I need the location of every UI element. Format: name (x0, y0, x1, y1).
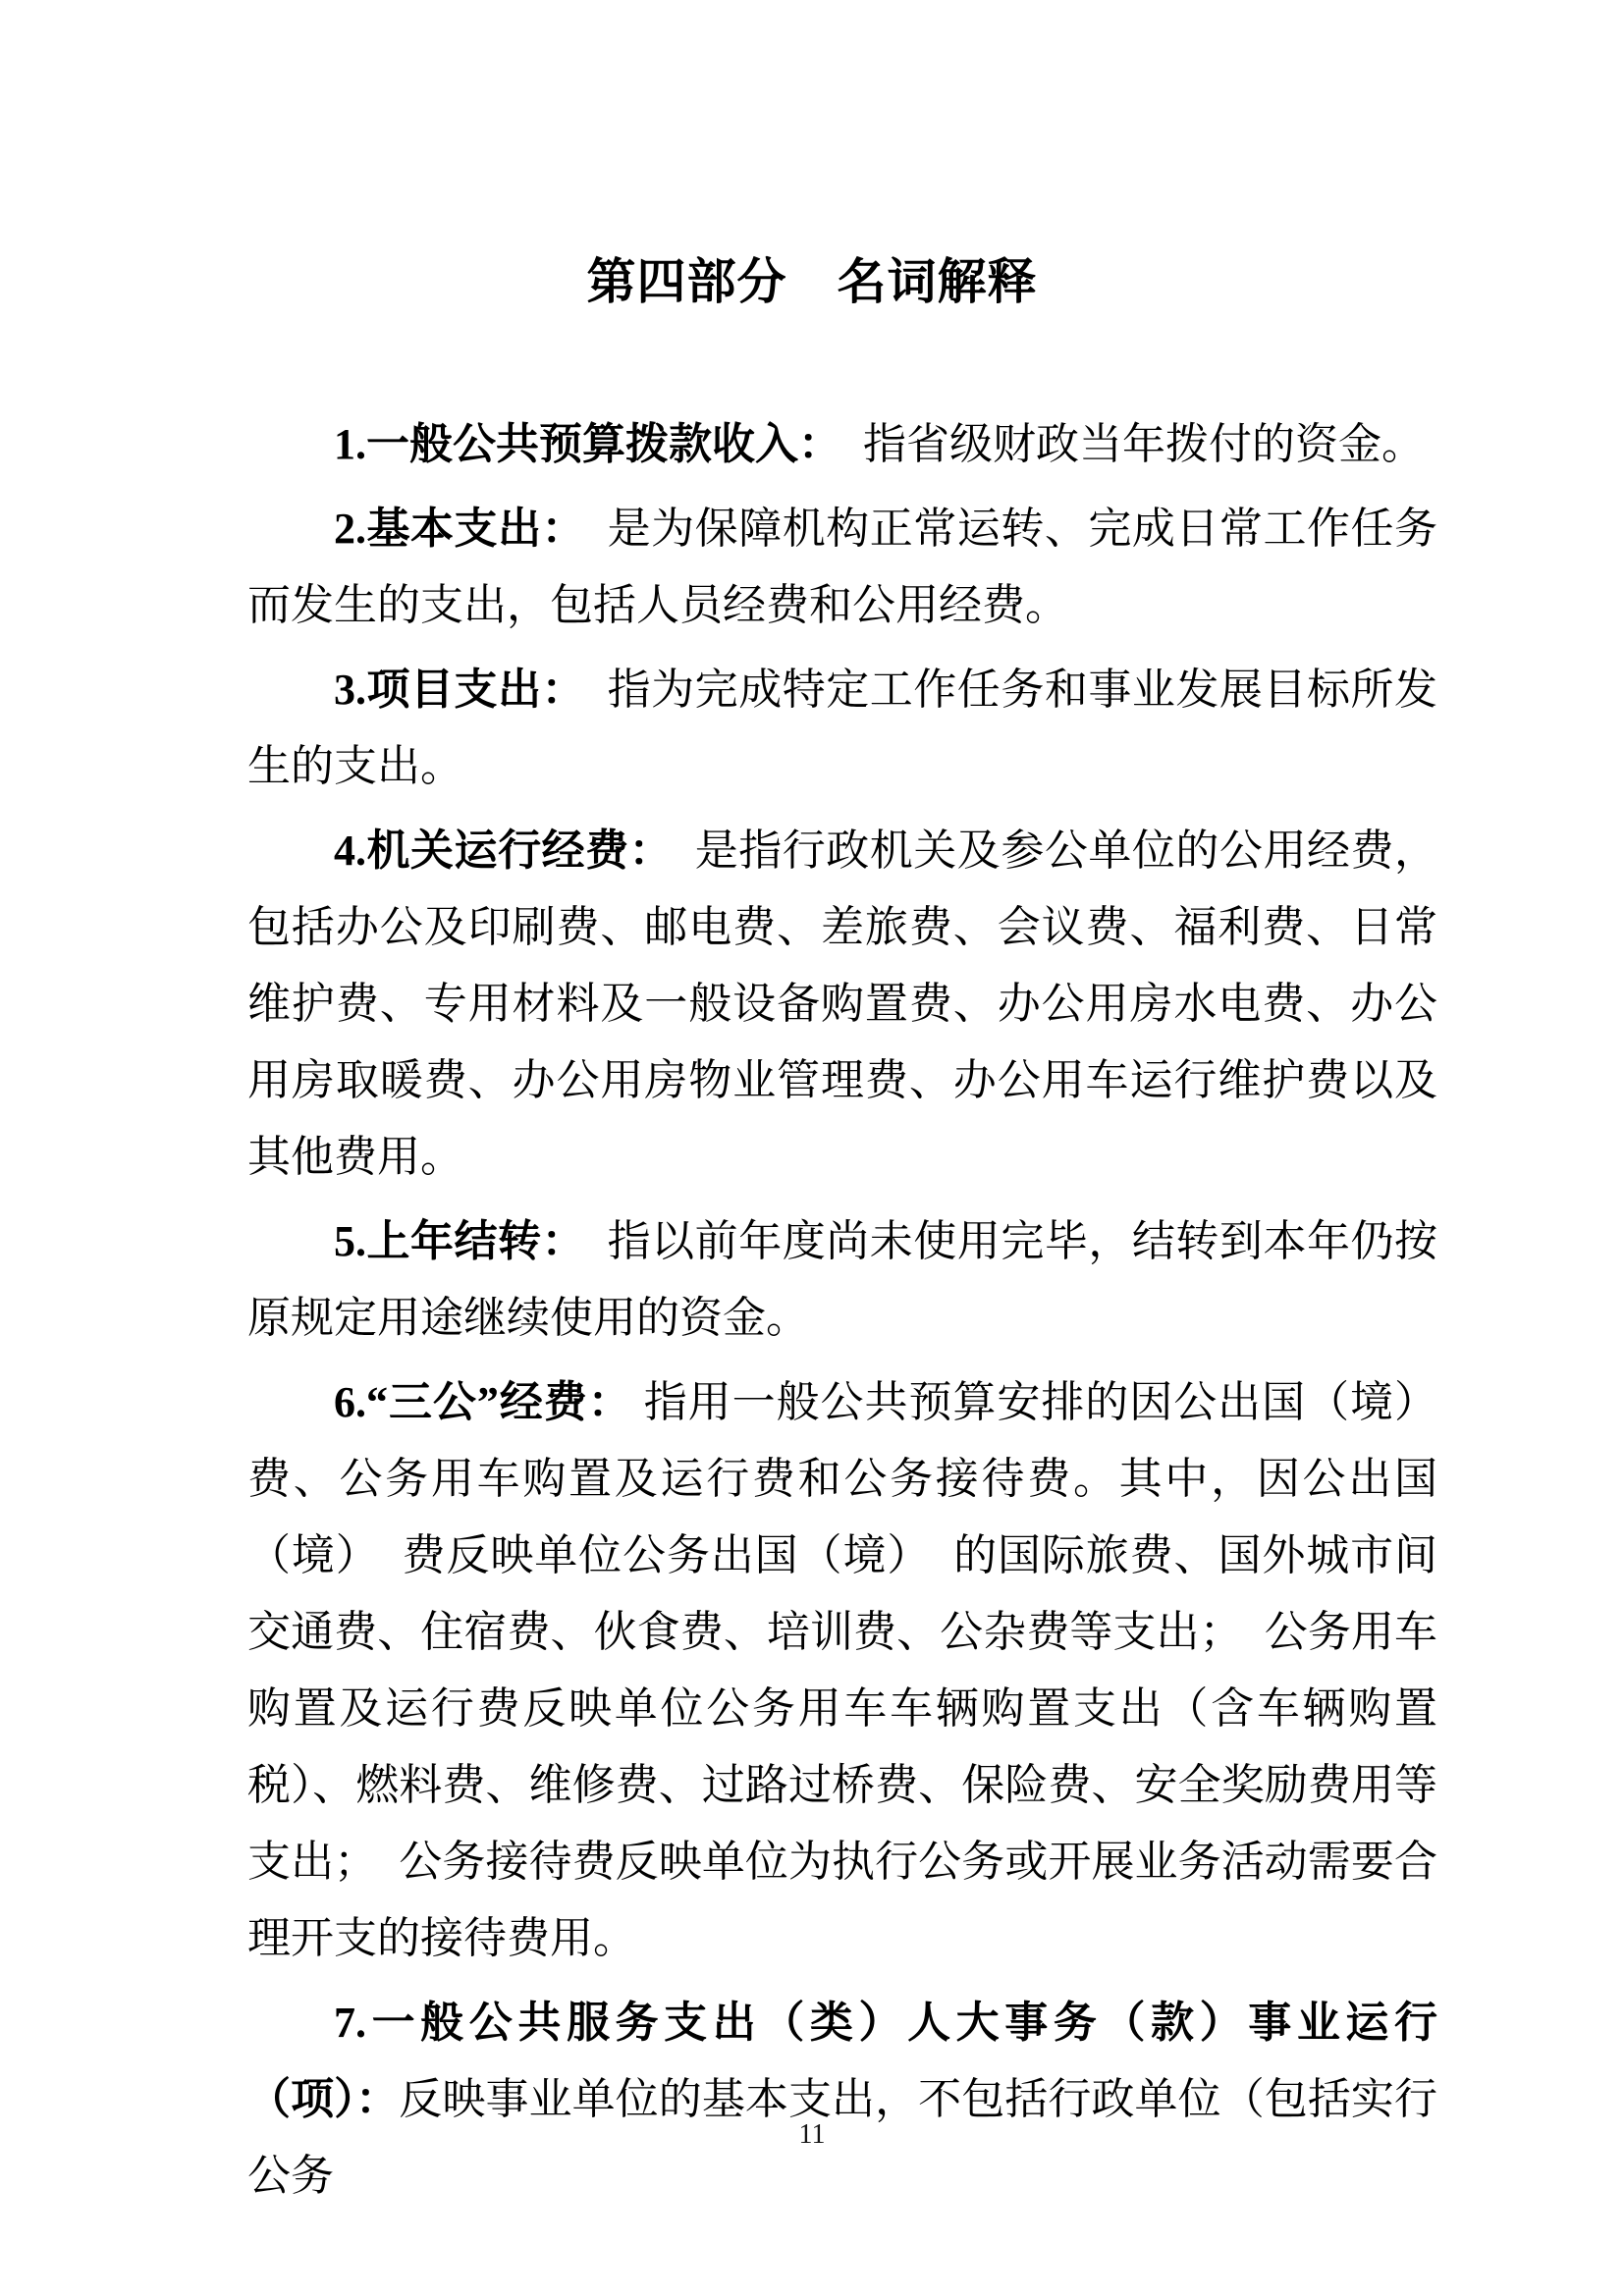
definition-paragraph-4: 4.机关运行经费： 是指行政机关及参公单位的公用经费，包括办公及印刷费、邮电费、… (247, 813, 1437, 1196)
definition-term: 1.一般公共预算拨款收入： (334, 420, 820, 468)
page-number: 11 (0, 2118, 1624, 2152)
document-title: 第四部分 名词解释 (0, 0, 1624, 316)
definition-term: 5.上年结转： (334, 1217, 564, 1265)
definitions-list: 1.一般公共预算拨款收入： 指省级财政当年拨付的资金。 2.基本支出： 是为保障… (247, 406, 1437, 2215)
definition-term: 6.“三公”经费： (334, 1378, 632, 1426)
definition-term: 3.项目支出： (334, 666, 564, 714)
definition-text: 指省级财政当年拨付的资金。 (820, 420, 1425, 468)
definition-text: 是指行政机关及参公单位的公用经费，包括办公及印刷费、邮电费、差旅费、会议费、福利… (247, 827, 1437, 1181)
definition-paragraph-1: 1.一般公共预算拨款收入： 指省级财政当年拨付的资金。 (247, 406, 1437, 483)
definition-term: 4.机关运行经费： (334, 827, 651, 875)
definition-paragraph-5: 5.上年结转： 指以前年度尚未使用完毕，结转到本年仍按原规定用途继续使用的资金。 (247, 1203, 1437, 1357)
definition-paragraph-2: 2.基本支出： 是为保障机构正常运转、完成日常工作任务而发生的支出，包括人员经费… (247, 491, 1437, 644)
definition-paragraph-7: 7.一般公共服务支出（类）人大事务（款）事业运行（项）：反映事业单位的基本支出，… (247, 1985, 1437, 2215)
document-page: 第四部分 名词解释 1.一般公共预算拨款收入： 指省级财政当年拨付的资金。 2.… (0, 0, 1624, 2296)
definition-paragraph-6: 6.“三公”经费： 指用一般公共预算安排的因公出国（境）费、公务用车购置及运行费… (247, 1364, 1437, 1977)
definition-term: 2.基本支出： (334, 505, 564, 553)
definition-paragraph-3: 3.项目支出： 指为完成特定工作任务和事业发展目标所发生的支出。 (247, 652, 1437, 805)
definition-text: 指用一般公共预算安排的因公出国（境）费、公务用车购置及运行费和公务接待费。其中，… (247, 1378, 1437, 1962)
